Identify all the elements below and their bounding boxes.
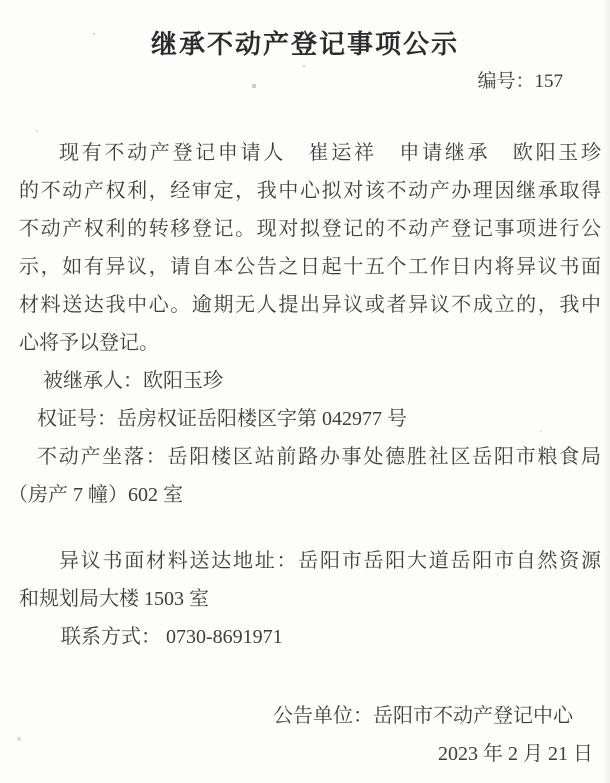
doc-number: 编号：157 xyxy=(0,66,610,93)
paragraph-line-5: 材料送达我中心。逾期无人提出异议或者异议不成立的，我中 xyxy=(19,286,601,324)
property-location-line: 不动产坐落：岳阳楼区站前路办事处德胜社区岳阳市粮食局 xyxy=(19,438,601,476)
paragraph-line-3: 不动产权利的转移登记。现对拟登记的不动产登记事项进行公 xyxy=(19,210,601,248)
objection-address-continuation-line: 和规划局大楼 1503 室 xyxy=(19,580,601,618)
property-location-continuation-line: （房产 7 幢）602 室 xyxy=(19,476,601,514)
notice-body: 现有不动产登记申请人 崔运祥 申请继承 欧阳玉珍 的不动产权利，经审定，我中心拟… xyxy=(19,134,601,773)
decedent-line: 被继承人：欧阳玉珍 xyxy=(19,362,601,400)
issuer-line: 公告单位：岳阳市不动产登记中心 xyxy=(19,697,601,735)
notice-document: { "notice": { "title": "继承不动产登记事项公示", "d… xyxy=(0,0,610,783)
paragraph-line-6: 心将予以登记。 xyxy=(19,324,601,362)
notice-title: 继承不动产登记事项公示 xyxy=(0,24,610,61)
paragraph-line-1: 现有不动产登记申请人 崔运祥 申请继承 欧阳玉珍 xyxy=(19,134,601,172)
contact-line: 联系方式： 0730-8691971 xyxy=(19,618,601,656)
objection-address-line: 异议书面材料送达地址：岳阳市岳阳大道岳阳市自然资源 xyxy=(19,542,601,580)
scan-speck-artifacts xyxy=(0,0,2,2)
scan-edge-artifact xyxy=(603,0,610,783)
paragraph-line-4: 示，如有异议，请自本公告之日起十五个工作日内将异议书面 xyxy=(19,248,601,286)
certificate-number-line: 权证号：岳房权证岳阳楼区字第 042977 号 xyxy=(19,400,601,438)
date-line: 2023 年 2 月 21 日 xyxy=(19,735,601,773)
paragraph-line-2: 的不动产权利，经审定，我中心拟对该不动产办理因继承取得 xyxy=(19,172,601,210)
